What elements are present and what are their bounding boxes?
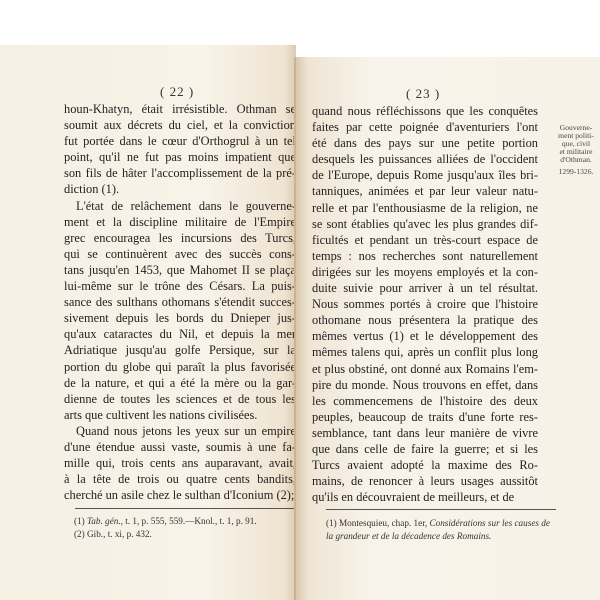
text-line: d'une étendue aussi vaste, soumis à une … [64,439,296,455]
right-page-body: quand nous réfléchissons que les conquêt… [312,103,538,505]
page-number-right: ( 23 ) [406,86,440,102]
text-line: cherché un asile chez le sulthan d'Iconi… [64,487,296,503]
text-line: qui se continuèrent avec des succès cons… [64,246,296,262]
text-line: tanniques, animées et par leur valeur na… [312,183,538,199]
marginal-years: 1299-1326. [550,168,600,176]
text-line: qu'aux cataractes du Nil, et depuis la m… [64,326,296,342]
footnote-rule-left [75,508,295,509]
text-line: mains, de renoncer à leurs usages aussit… [312,473,538,489]
text-line: se sont établies qu'avec les plus grande… [312,216,538,232]
text-line: de l'Europe, depuis Rome jusqu'aux îles … [312,167,538,183]
text-line: ment et la discipline militaire de l'Emp… [64,214,296,230]
text-line: pire du monde. Nous trouvons en effet, d… [312,377,538,393]
text-line: Nous sommes portés à croire que l'histoi… [312,296,538,312]
text-line: dirigées sur les moyens employés et la c… [312,264,538,280]
text-line: houn-Khatyn, était irrésistible. Othman … [64,101,296,117]
text-line: faites par cette poignée d'aventuriers l… [312,119,538,135]
text-line: temps : nos recherches sont naturellemen… [312,248,538,264]
left-page-body: houn-Khatyn, était irrésistible. Othman … [64,101,296,503]
text-line: point, qu'il ne fut pas moins impatient … [64,149,296,165]
text-line: desquels les puissances alliées de l'occ… [312,151,538,167]
text-line: soumit aux décrets du ciel, et la convic… [64,117,296,133]
text-line: quand nous réfléchissons que les conquêt… [312,103,538,119]
text-line: semblance, tant dans leur manière de viv… [312,425,538,441]
text-line: mêmes talens qui, après un conflit plus … [312,344,538,360]
text-line: Quand nous jetons les yeux sur un empire [64,423,296,439]
text-line: grec encouragea les incursions des Turcs… [64,230,296,246]
text-line: tans jusqu'en 1453, que Mahomet II se pl… [64,262,296,278]
footnote-1: (1) Montesquieu, chap. 1er, Considératio… [326,517,558,543]
right-page: ( 23 ) quand nous réfléchissons que les … [296,57,600,600]
text-line: Adriatique jusqu'au golfe Persique, sur … [64,342,296,358]
left-footnotes: (1) Tab. gén., t. 1, p. 555, 559.—Knol.,… [74,515,296,541]
open-book: ( 22 ) houn-Khatyn, était irrésistible. … [0,45,600,600]
text-line: othomane nous présentera la pratique des [312,312,538,328]
page-number-left: ( 22 ) [160,84,194,100]
text-line: et plus obstiné, ont donné aux Romains l… [312,361,538,377]
footnote-rule-right [326,509,556,510]
text-line: portion du globe qui paraît la plus favo… [64,359,296,375]
text-line: fut portée dans le cœur d'Orthogrul à un… [64,133,296,149]
marginal-note: Gouverne-ment politi-que, civilet milita… [550,124,600,176]
text-line: relle et par l'enthousiasme de la religi… [312,200,538,216]
footnote-1: (1) Tab. gén., t. 1, p. 555, 559.—Knol.,… [74,515,296,528]
text-line: à la tête de trois ou quatre cents bandi… [64,471,296,487]
text-line: de la nature, et qui a été la mère ou la… [64,375,296,391]
text-line: que dans celle de faire la guerre; et si… [312,441,538,457]
text-line: duite suivie pour arriver à un tel résul… [312,280,538,296]
text-line: Turcs avaient adopté la maxime des Ro- [312,457,538,473]
left-page: ( 22 ) houn-Khatyn, était irrésistible. … [0,45,296,600]
text-line: diction (1). [64,181,296,197]
text-line: son fils de hâter l'accomplissement de l… [64,165,296,181]
text-line: L'état de relâchement dans le gouverne- [64,198,296,214]
text-line: mille qui, trois cents ans auparavant, a… [64,455,296,471]
text-line: dienne de toutes les sciences et de tous… [64,391,296,407]
right-footnotes: (1) Montesquieu, chap. 1er, Considératio… [326,517,558,543]
text-line: peuples, beaucoup de traits d'une forte … [312,409,538,425]
text-line: sivement depuis les bords du Dnieper jus… [64,310,296,326]
text-line: sance des sulthans othomans s'étendit su… [64,294,296,310]
text-line: arts que cultivent les nations civilisée… [64,407,296,423]
text-line: été dans des pays sur une petite portion [312,135,538,151]
text-line: ficultés et pendant un très-court espace… [312,232,538,248]
text-line: qu'ils en découvraient de meilleurs, et … [312,489,538,505]
text-line: les commencemens de l'histoire des deux [312,393,538,409]
text-line: mêmes vertus (1) et le développement des [312,328,538,344]
text-line: lui-même sur le trône des Césars. La pui… [64,278,296,294]
footnote-2: (2) Gib., t. xi, p. 432. [74,528,296,541]
marginal-note-line: d'Othman. [550,156,600,164]
